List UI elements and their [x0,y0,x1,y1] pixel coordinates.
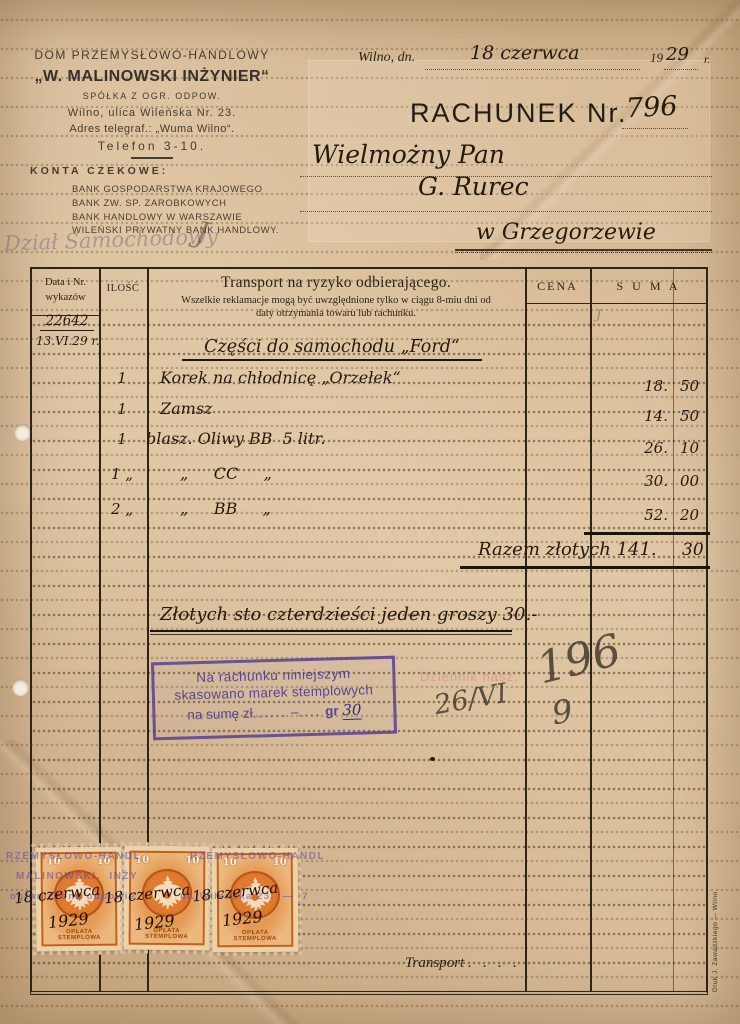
row-qty: 1 [102,369,142,387]
header-data-nr: Data i Nr. wykazów [32,269,99,316]
fiscal-stamp-box: Na rachunku niniejszym skasowano marek s… [151,656,397,741]
header-cena: CENA [525,269,590,304]
row-amount-gr: 50 [680,407,699,425]
stamp-caption: OPŁATA STEMPLOWA [221,930,289,942]
fiscal-stamp-prefix: na sumę zł [187,706,253,723]
fiscal-stamp-value: 30 [342,701,362,721]
section-title: Części do samochodu „Ford“ [182,337,482,361]
company-phone: Telefon 3-10. [26,139,278,153]
dateline-suffix: r. [704,52,710,67]
bank-item: BANK ZW. SP. ZAROBKOWYCH [72,197,279,211]
invoice-title: RACHUNEK Nr. [410,98,628,129]
hole-punch [14,424,31,441]
invoice-number: 796 [625,91,678,125]
company-legal-form: SPÓŁKA Z OGR. ODPOW. [26,91,278,101]
fiscal-stamp-line3: na sumę zł...... –.... gr 30 [155,700,393,725]
fiscal-stamp-gr: gr [325,703,339,718]
bank-item: BANK GOSPODARSTWA KRAJOWEGO [72,183,279,197]
recipient-underline-3 [455,249,712,251]
transport-label: Transport . . . . [405,955,517,972]
row-desc: blasz. Oliwy BB 5 litr. [146,429,325,448]
row-amount-gr: 00 [680,472,699,490]
recipient-name: G. Rurec [418,172,529,201]
stamp-value: 10 [97,856,111,867]
recipient-location: w Grzegorzewie [476,220,656,245]
pencil-number: 196 [532,625,626,695]
dateline-year-underline [664,69,698,70]
stamp-value: 10 [135,855,149,866]
pencil-date: 26/VI [432,678,510,721]
stamp-value: 10 [273,857,287,868]
recipient-salutation: Wielmożny Pan [312,140,505,169]
company-type: DOM PRZEMYSŁOWO-HANDLOWY [26,48,278,62]
recipient-underline-3b [455,252,712,253]
recipient-underline-2 [300,211,712,212]
letterhead-divider [131,157,173,159]
department-stamp: Dział Samochodowy [4,224,219,255]
row-amount-gr: 20 [680,506,699,524]
total-underline [460,566,710,569]
header-main: Transport na ryzyko odbierającego. Wszel… [147,269,525,320]
table-vline-3 [525,269,527,991]
total-line: Razem złotych 141. [478,539,657,560]
header-main-title: Transport na ryzyko odbierającego. [147,274,525,292]
row-desc: Korek na chłodnicę „Orzełek“ [160,368,401,387]
row-amount-zl: 18. [592,377,668,395]
dateline-year-hand: 29 [666,44,689,65]
bank-accounts-label: KONTA CZEKOWE: [30,165,168,177]
sum-rule [584,532,710,535]
words-underline-2 [150,634,512,635]
row-qty: 2 „ [102,500,142,518]
dateline-underline [425,69,640,70]
table-vline-grosze [673,269,674,991]
letterhead: DOM PRZEMYSŁOWO-HANDLOWY „W. MALINOWSKI … [26,48,278,159]
stamp-value: 10 [185,855,199,866]
words-underline-1 [150,630,512,632]
company-name: „W. MALINOWSKI INŻYNIER“ [26,68,278,86]
header-ilosc: ILOŚĆ [99,269,147,316]
row-amount-gr: 10 [680,439,699,457]
header-suma: S U M A [590,269,707,304]
header-data-nr-line2: wykazów [32,291,99,306]
faint-red-stamp: Dziennik nasz. [420,669,519,684]
row-amount-zl: 14. [592,407,668,425]
hole-punch [12,679,29,696]
row-amount-zl: 52. [592,506,668,524]
company-address: Wilno, ulica Wileńska Nr. 23. [26,107,278,119]
row-desc: „ BB „ [180,499,271,518]
bank-item: BANK HANDLOWY W WARSZAWIE [72,211,279,225]
stamp-value: 10 [223,857,237,868]
row-amount-zl: 26. [592,439,668,457]
pencil-nine: 9 [549,692,574,732]
revenue-stamps-region: 10 10 OPŁATA STEMPLOWA 10 10 [30,843,330,963]
ref-date: 13.VI.29 r. [36,334,100,348]
row-amount-gr: 50 [680,377,699,395]
ink-blot [430,757,435,761]
dateline-day-month: 18 czerwca [470,42,579,64]
printer-credit: Druk J. Zawadzkiego — Wilno [712,882,719,992]
ref-number: 22642 [40,313,94,331]
invoice-number-underline [622,128,688,129]
row-qty: 1 „ [102,465,142,483]
total-grosze: 30 [682,540,704,560]
header-main-subtitle: Wszelkie reklamacje mogą być uwzględnion… [171,294,501,320]
row-qty: 1 [102,430,142,448]
row-qty: 1 [102,400,142,418]
dateline-year-print: 19 [650,50,663,66]
row-desc: „ CC „ [180,464,272,483]
company-telegraph: Adres telegraf.: „Wuma Wilno“. [26,123,278,135]
amount-in-words: Złotych sto czterdzieści jeden groszy 30… [160,604,537,625]
dateline-prefix: Wilno, dn. [358,50,415,66]
invoice-document: DOM PRZEMYSŁOWO-HANDLOWY „W. MALINOWSKI … [0,0,740,1024]
header-data-nr-line1: Data i Nr. [32,276,99,291]
stamp-value: 10 [47,856,61,867]
row-amount-zl: 30. [592,472,668,490]
row-desc: Zamsz [160,399,212,418]
